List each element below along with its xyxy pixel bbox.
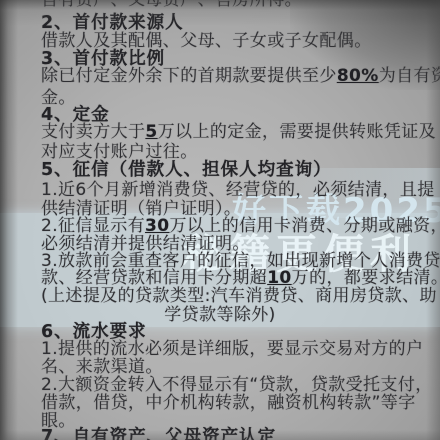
doc-body-line: 除已付定金外余下的首期款要提供至少80%为自有资 (41, 66, 426, 86)
document-text: 自有资产、父母资产、售房所得。2、首付款来源人借款人及其配偶、父母、子女或子女配… (0, 0, 440, 440)
highlighted-number: 10 (267, 268, 291, 288)
highlighted-number: 5 (145, 122, 157, 142)
text-run: 借款，借贷，中介机构转款，融资机构转款”等字 (41, 393, 416, 413)
text-run: 对应支付账户过往。 (41, 142, 198, 162)
text-run: 自有资产、父母资产、售房所得。 (41, 0, 302, 10)
highlighted-number: 80% (337, 66, 379, 86)
text-run: 借款人及其配偶、父母、子女或子女配偶。 (41, 31, 372, 51)
doc-body-line: (上述提及的贷款类型:汽车消费贷、商用房贷款、助 (41, 286, 426, 306)
text-run: 7、自有资产、父母资产认定 (41, 427, 276, 440)
document-photo: 好下载2025 秘籍更便利 自有资产、父母资产、售房所得。2、首付款来源人借款人… (0, 0, 440, 440)
text-run: 2.大额资金转入不得显示有“贷款，贷款受托支付， (41, 375, 433, 395)
text-run: 万以上的定金，需要提供转账凭证及 (158, 122, 436, 142)
doc-heading-line: 7、自有资产、父母资产认定 (41, 427, 426, 440)
text-run: 1.近6个月新增消费贷、经营贷的，必须结清，且提 (41, 180, 435, 200)
text-run: 1.提供的流水必须是详细版，要显示交易对方的户 (41, 339, 423, 359)
doc-body-line: 1.近6个月新增消费贷、经营贷的，必须结清，且提 (41, 180, 426, 200)
text-run: 5、征信（借款人、担保人均查询） (41, 160, 332, 180)
highlighted-number: 30 (145, 216, 169, 236)
doc-body-line: 支付卖方大于5万以上的定金，需要提供转账凭证及 (41, 122, 426, 142)
doc-body-line: 自有资产、父母资产、售房所得。 (41, 0, 426, 10)
text-run: (上述提及的贷款类型:汽车消费贷、商用房贷款、助 (41, 286, 437, 306)
text-run: 万的，都要求结清。 (292, 268, 440, 288)
text-run: 万以上的信用卡消费、分期或融资， (170, 216, 440, 236)
text-run: 款、经营贷款和信用卡分期超 (41, 268, 267, 288)
text-run: 2、首付款来源人 (41, 13, 184, 33)
text-run: 名、来款渠道。 (41, 357, 163, 377)
text-run: 为自有资 (379, 66, 440, 86)
text-run: 支付卖方大于 (41, 122, 145, 142)
text-run: 除已付定金外余下的首期款要提供至少 (41, 66, 337, 86)
doc-heading-line: 5、征信（借款人、担保人均查询） (41, 160, 426, 181)
text-run: 2.征信显示有 (41, 216, 145, 236)
